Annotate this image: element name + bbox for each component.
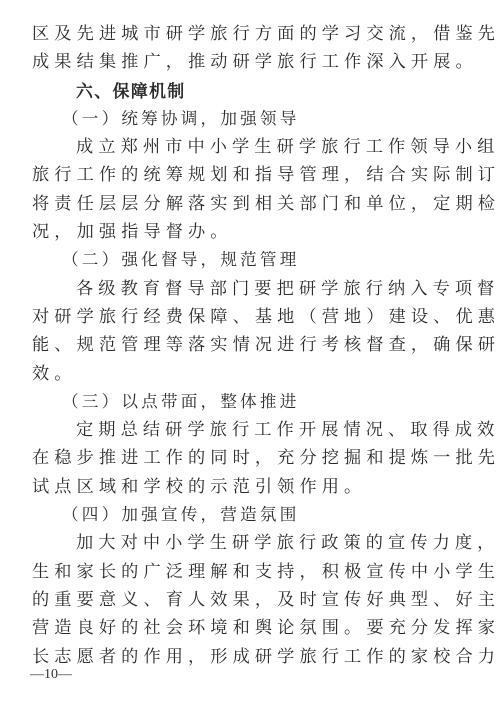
- page-number: —10—: [30, 667, 72, 683]
- paragraph-line: 的重要意义、育人效果，及时宣传好典型、好主题、好案例，: [32, 586, 458, 614]
- paragraph-line: 长志愿者的作用，形成研学旅行工作的家校合力，借鉴先进经: [32, 643, 458, 671]
- paragraph-line: 加大对中小学生研学旅行政策的宣传力度，争取学校、师: [32, 529, 458, 557]
- paragraph-line: 营造良好的社会环境和舆论氛围。要充分发挥家长委员会、家: [32, 614, 458, 642]
- section-heading: 六、保障机制: [32, 77, 458, 105]
- paragraph-line: 效。: [32, 360, 458, 388]
- paragraph-line: 生和家长的广泛理解和支持，积极宣传中小学生开展研学旅行: [32, 558, 458, 586]
- paragraph-line: 旅行工作的统筹规划和指导管理，结合实际制订相应工作方案，: [32, 161, 458, 189]
- paragraph-line: 将责任层层分解落实到相关部门和单位，定期检查工作推进情: [32, 190, 458, 218]
- subsection-heading-2: （二）强化督导，规范管理: [32, 246, 458, 274]
- paragraph-line: 成立郑州市中小学生研学旅行工作领导小组，加大对研学: [32, 133, 458, 161]
- paragraph-line: 试点区域和学校的示范引领作用。: [32, 473, 458, 501]
- paragraph-line: 成果结集推广，推动研学旅行工作深入开展。: [32, 48, 458, 76]
- paragraph-line: 况，加强指导督办。: [32, 218, 458, 246]
- paragraph-line: 各级教育督导部门要把研学旅行纳入专项督导范围，重点: [32, 275, 458, 303]
- paragraph-line: 对研学旅行经费保障、基地（营地）建设、优惠政策、部门职: [32, 303, 458, 331]
- paragraph-line: 区及先进城市研学旅行方面的学习交流，借鉴先进经验，并将: [32, 20, 458, 48]
- document-page: 区及先进城市研学旅行方面的学习交流，借鉴先进经验，并将 成果结集推广，推动研学旅…: [32, 20, 458, 671]
- subsection-heading-3: （三）以点带面，整体推进: [32, 388, 458, 416]
- subsection-heading-4: （四）加强宣传，营造氛围: [32, 501, 458, 529]
- paragraph-line: 定期总结研学旅行工作开展情况、取得成效和典型经验，: [32, 416, 458, 444]
- subsection-heading-1: （一）统筹协调，加强领导: [32, 105, 458, 133]
- paragraph-line: 在稳步推进工作的同时，充分挖掘和提炼一批先进典型，发挥: [32, 444, 458, 472]
- paragraph-line: 能、规范管理等落实情况进行考核督查，确保研学旅行收到实: [32, 331, 458, 359]
